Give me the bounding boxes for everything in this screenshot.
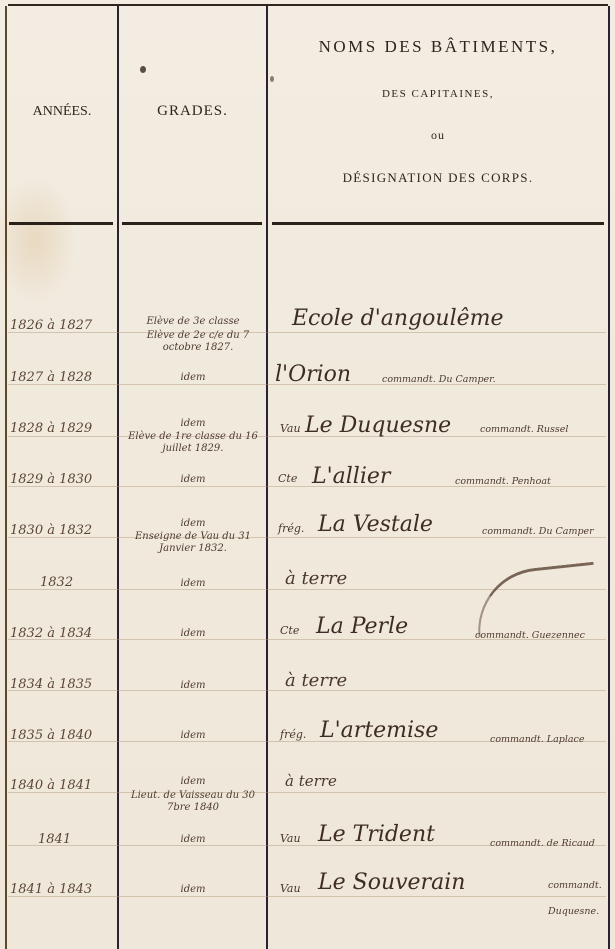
ink-stroke-mark [472, 562, 600, 637]
commander-name: commandt. Du Camper. [382, 374, 496, 385]
commander-name: commandt. Laplace [490, 734, 584, 745]
commander-name-line2: Duquesne. [548, 906, 599, 917]
grade-cell: idem [122, 474, 264, 486]
year-cell: 1832 à 1834 [10, 626, 92, 641]
header-rule-grades [122, 222, 262, 225]
ship-type: Cte [278, 472, 297, 485]
year-cell: 1828 à 1829 [10, 421, 92, 436]
grade-cell: idem [122, 884, 264, 896]
ship-name: Le Souverain [318, 870, 465, 895]
ruled-line [8, 537, 606, 538]
ship-type: frég. [280, 728, 306, 741]
commander-name: commandt. Guezennec [475, 630, 585, 641]
year-cell: 1841 [38, 832, 71, 847]
ship-name: Le Duquesne [305, 413, 451, 438]
header-grades: GRADES. [119, 103, 266, 120]
header-designation-des-corps: DÉSIGNATION DES CORPS. [268, 170, 608, 186]
ink-spot [270, 76, 274, 82]
right-border-line [608, 6, 610, 949]
commander-name: commandt. Du Camper [482, 526, 594, 537]
grade-note: Elève de 2e c/e du 7 octobre 1827. [122, 330, 264, 354]
year-cell: 1841 à 1843 [10, 882, 92, 897]
commander-name: commandt. [548, 880, 602, 891]
top-border-rule [8, 4, 608, 6]
header-noms-des-batiments: NOMS DES BÂTIMENTS, [268, 37, 608, 57]
ship-name: L'allier [312, 464, 390, 489]
ship-name: à terre [285, 772, 337, 790]
year-cell: 1835 à 1840 [10, 728, 92, 743]
grade-note: Elève de 1re classe du 16 juillet 1829. [122, 431, 264, 455]
header-annees: ANNÉES. [8, 104, 116, 120]
grade-cell: idem [122, 578, 264, 590]
grade-note: Enseigne de Vau du 31 Janvier 1832. [122, 531, 264, 555]
left-border-line [5, 6, 7, 949]
ship-type: Vau [280, 832, 301, 845]
grade-cell: idem [122, 680, 264, 692]
ruled-line [8, 332, 606, 333]
ship-name: La Perle [316, 614, 408, 639]
ship-name: La Vestale [318, 512, 433, 537]
service-record-page: ANNÉES. GRADES. NOMS DES BÂTIMENTS, DES … [0, 0, 615, 949]
year-cell: 1834 à 1835 [10, 677, 92, 692]
ship-name: Le Trident [318, 822, 435, 847]
year-cell: 1832 [40, 575, 73, 590]
commander-name: commandt. de Ricaud [490, 838, 595, 849]
ship-name: Ecole d'angoulême [292, 306, 504, 331]
grade-cell: idem [122, 518, 264, 530]
header-des-capitaines: DES CAPITAINES, [268, 88, 608, 100]
grade-cell: idem [122, 372, 264, 384]
ship-name: à terre [285, 568, 347, 589]
ink-spot [140, 66, 146, 73]
grade-cell: idem [122, 776, 264, 788]
grade-cell: idem [122, 628, 264, 640]
commander-name: commandt. Russel [480, 424, 568, 435]
ship-type: frég. [278, 522, 304, 535]
year-cell: 1829 à 1830 [10, 472, 92, 487]
grade-cell: idem [122, 834, 264, 846]
ship-type: Cte [280, 624, 299, 637]
ship-type: Vau [280, 422, 301, 435]
grade-cell: Elève de 3e classe [122, 316, 264, 328]
year-cell: 1827 à 1828 [10, 370, 92, 385]
header-ou: OU [268, 128, 608, 143]
header-rule-noms [272, 222, 604, 225]
ruled-line [8, 896, 606, 897]
grade-cell: idem [122, 730, 264, 742]
grade-cell: idem [122, 418, 264, 430]
year-cell: 1830 à 1832 [10, 523, 92, 538]
header-rule-annees [9, 222, 113, 225]
year-cell: 1840 à 1841 [10, 778, 92, 793]
grade-note: Lieut. de Vaisseau du 30 7bre 1840 [118, 790, 268, 814]
ruled-line [8, 792, 606, 793]
ship-name: L'artemise [320, 718, 438, 743]
ship-name: à terre [285, 670, 347, 691]
year-cell: 1826 à 1827 [10, 318, 92, 333]
ship-type: Vau [280, 882, 301, 895]
ship-name: l'Orion [275, 362, 351, 387]
commander-name: commandt. Penhoat [455, 476, 551, 487]
